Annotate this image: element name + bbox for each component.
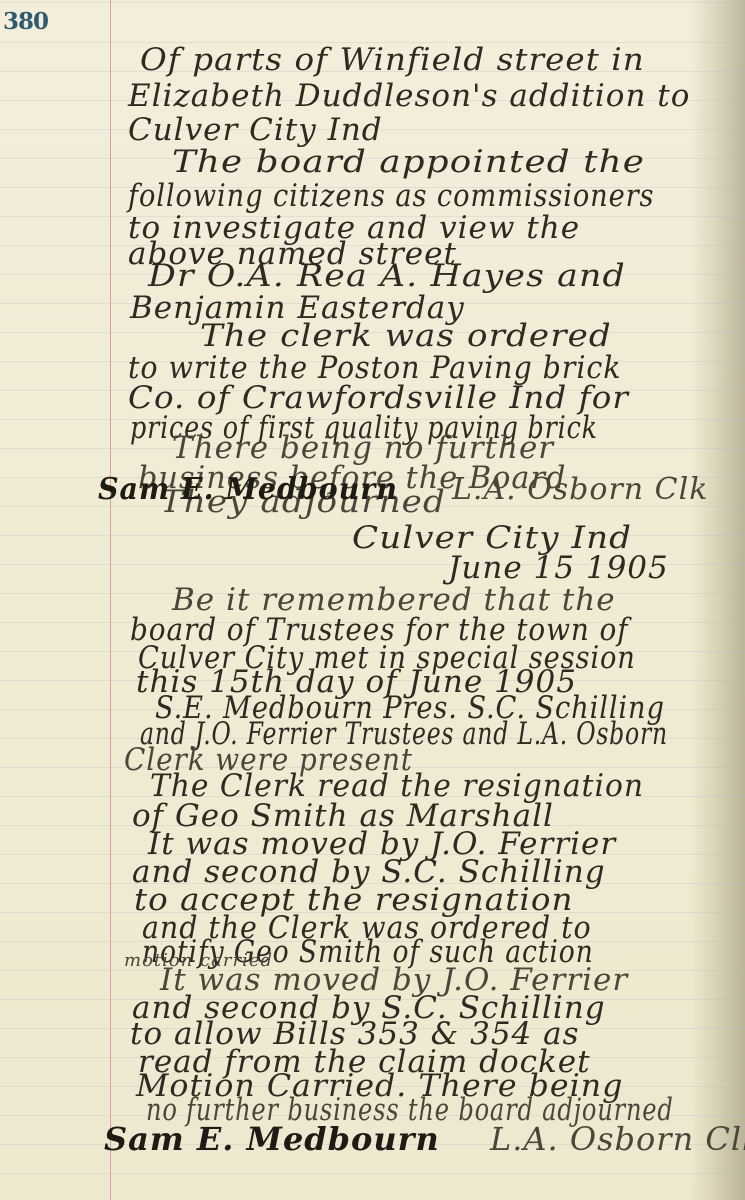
margin-rule [110, 0, 111, 1200]
text-line: following citizens as commissioners [128, 178, 654, 214]
clerk-signature: L.A. Osborn Clk [452, 472, 708, 507]
president-signature: Sam E. Medbourn [98, 472, 398, 507]
ledger-page: 380 Of parts of Winfield street in Eliza… [0, 0, 745, 1200]
text-line: Culver City Ind [128, 112, 383, 148]
text-line: Elizabeth Duddleson's addition to [128, 78, 690, 114]
page-number: 380 [3, 8, 48, 35]
clerk-signature: L.A. Osborn Clk [490, 1120, 745, 1158]
text-line: The clerk was ordered [200, 318, 612, 354]
text-line: Dr O.A. Rea A. Hayes and [148, 258, 626, 294]
text-line: Of parts of Winfield street in [140, 42, 645, 78]
president-signature: Sam E. Medbourn [104, 1120, 440, 1158]
date-heading: June 15 1905 [448, 550, 669, 586]
text-line: The board appointed the [172, 144, 645, 180]
